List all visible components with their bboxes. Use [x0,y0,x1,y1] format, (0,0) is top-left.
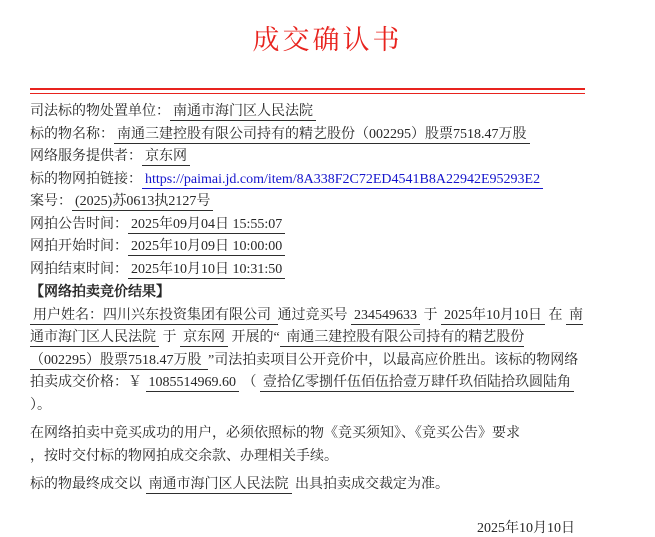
text-segment: 南通市海门区人民法院 [146,477,292,494]
field-value: (2025)苏0613执2127号 [72,194,213,211]
field-row-service-provider: 网络服务提供者：京东网 [30,146,585,169]
page-title: 成交确认书 [0,22,655,58]
text-segment: 于 [159,330,180,345]
text-segment: 1085514969.60 [146,375,240,392]
section-header-bid-result: 【网络拍卖竞价结果】 [30,282,585,305]
field-label: 网拍结束时间： [30,262,128,277]
notice-paragraph: 在网络拍卖中竞买成功的用户，必须依照标的物《竞买须知》、《竞买公告》要求 ，按时… [30,423,585,468]
document-body: 司法标的物处置单位：南通市海门区人民法院 标的物名称：南通三建控股有限公司持有的… [0,88,655,537]
field-label: 司法标的物处置单位： [30,104,170,119]
field-value: 京东网 [142,149,190,166]
text-segment: 用户姓名：四川兴东投资集团有限公司 [30,308,278,325]
field-row-auction-link: 标的物网拍链接：https://paimai.jd.com/item/8A338… [30,169,585,192]
field-label: 标的物名称： [30,127,114,142]
text-segment: 通过竞买号 [278,308,352,323]
field-label: 案号： [30,194,72,209]
field-label: 网拍公告时间： [30,217,128,232]
text-segment: 于 [420,308,441,323]
document-date: 2025年10月10日 [30,518,585,537]
double-rule [30,88,585,94]
field-list: 司法标的物处置单位：南通市海门区人民法院 标的物名称：南通三建控股有限公司持有的… [30,101,585,281]
field-row-subject-name: 标的物名称：南通三建控股有限公司持有的精艺股份（002295）股票7518.47… [30,124,585,147]
field-value: 南通三建控股有限公司持有的精艺股份（002295）股票7518.47万股 [114,127,530,144]
field-row-end-time: 网拍结束时间：2025年10月10日 10:31:50 [30,259,585,282]
field-label: 网拍开始时间： [30,239,128,254]
field-value: 2025年10月10日 10:31:50 [128,262,285,279]
confirmation-document: 成交确认书 司法标的物处置单位：南通市海门区人民法院 标的物名称：南通三建控股有… [0,0,655,537]
field-row-case-number: 案号：(2025)苏0613执2127号 [30,191,585,214]
field-label: 网络服务提供者： [30,149,142,164]
field-value: 2025年09月04日 15:55:07 [128,217,285,234]
field-label: 标的物网拍链接： [30,172,142,187]
final-paragraph: 标的物最终成交以 南通市海门区人民法院 出具拍卖成交裁定为准。 [30,474,585,497]
text-segment: 壹拾亿零捌仟伍佰伍拾壹万肆仟玖佰陆拾玖圆陆角 [260,375,574,392]
text-segment: ）。 [30,398,51,413]
text-segment: 标的物最终成交以 [30,477,146,492]
text-segment: 2025年10月10日 [441,308,545,325]
text-segment: 234549633 [351,308,420,325]
result-paragraph: 用户姓名：四川兴东投资集团有限公司 通过竞买号 234549633 于 2025… [30,305,585,418]
text-segment: 出具拍卖成交裁定为准。 [292,477,450,492]
auction-link[interactable]: https://paimai.jd.com/item/8A338F2C72ED4… [142,172,543,189]
field-value: 2025年10月09日 10:00:00 [128,239,285,256]
field-row-start-time: 网拍开始时间：2025年10月09日 10:00:00 [30,236,585,259]
text-segment: 开展的“ [228,330,280,345]
text-segment: 在 [545,308,566,323]
text-segment: （ [239,375,260,390]
field-row-disposal-unit: 司法标的物处置单位：南通市海门区人民法院 [30,101,585,124]
text-segment: 京东网 [180,330,228,347]
field-row-announcement-time: 网拍公告时间：2025年09月04日 15:55:07 [30,214,585,237]
field-value: 南通市海门区人民法院 [170,104,316,121]
